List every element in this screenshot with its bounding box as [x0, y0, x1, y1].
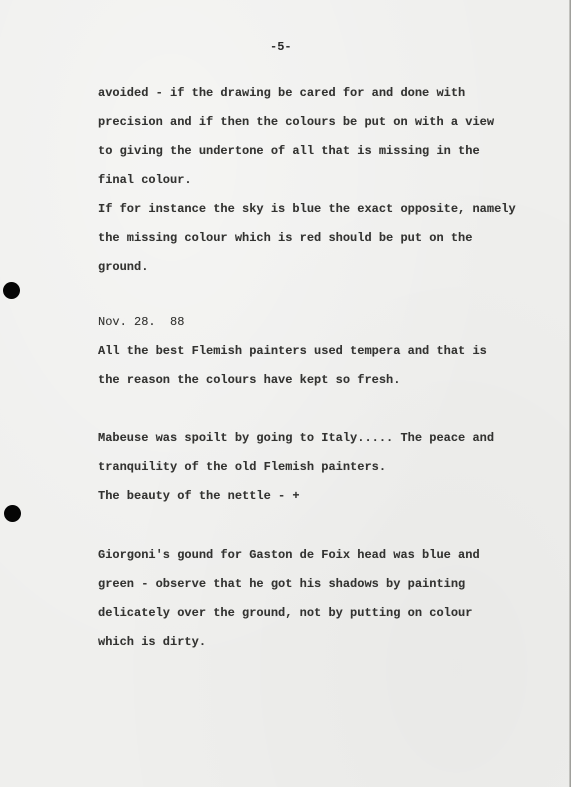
- text-line: If for instance the sky is blue the exac…: [98, 202, 516, 216]
- text-line: avoided - if the drawing be cared for an…: [98, 86, 465, 100]
- text-line: ground.: [98, 260, 148, 274]
- text-line: which is dirty.: [98, 635, 206, 649]
- text-line: to giving the undertone of all that is m…: [98, 144, 480, 158]
- text-line: The beauty of the nettle - +: [98, 489, 300, 503]
- text-line: final colour.: [98, 173, 192, 187]
- entry-date: Nov. 28. 88: [98, 315, 184, 329]
- text-line: the reason the colours have kept so fres…: [98, 373, 400, 387]
- text-line: precision and if then the colours be put…: [98, 115, 494, 129]
- text-line: Giorgoni's gound for Gaston de Foix head…: [98, 548, 480, 562]
- typewritten-page: -5- avoided - if the drawing be cared fo…: [0, 0, 571, 787]
- text-line: Mabeuse was spoilt by going to Italy....…: [98, 431, 494, 445]
- page-number: -5-: [270, 40, 292, 54]
- text-line: the missing colour which is red should b…: [98, 231, 472, 245]
- punch-hole-bottom: [4, 505, 21, 522]
- text-line: tranquility of the old Flemish painters.: [98, 460, 386, 474]
- text-line: green - observe that he got his shadows …: [98, 577, 465, 591]
- text-line: delicately over the ground, not by putti…: [98, 606, 472, 620]
- text-line: All the best Flemish painters used tempe…: [98, 344, 487, 358]
- punch-hole-top: [3, 282, 20, 299]
